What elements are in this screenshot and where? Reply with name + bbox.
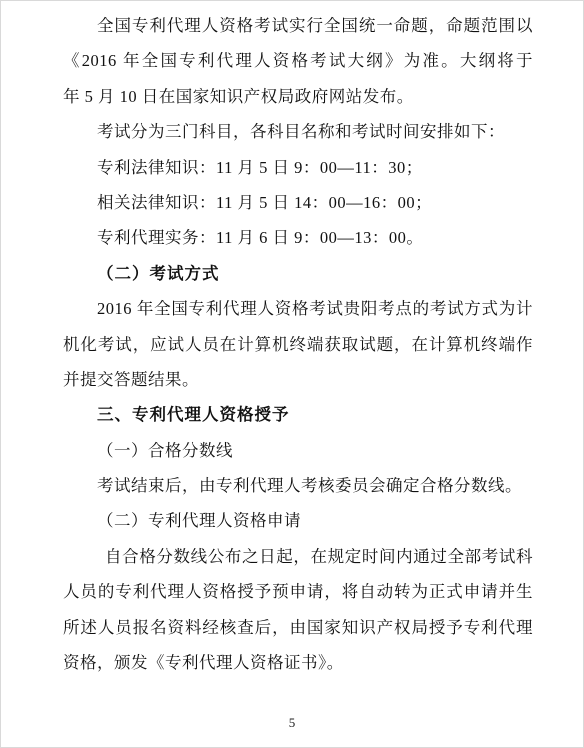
text-line: 相关法律知识：11 月 5 日 14：00—16：00；: [63, 185, 533, 220]
page-number: 5: [1, 715, 583, 731]
text-line: 机化考试，应试人员在计算机终端获取试题，在计算机终端作答: [63, 327, 533, 362]
text-line: （一）合格分数线: [63, 433, 533, 468]
paragraph-subject-related-law: 相关法律知识：11 月 5 日 14：00—16：00；: [63, 185, 533, 220]
text-line: 考试结束后，由专利代理人考核委员会确定合格分数线。: [63, 468, 533, 503]
heading-exam-method: （二）考试方式: [63, 256, 533, 291]
paragraph-application-process: 自合格分数线公布之日起，在规定时间内通过全部考试科目 人员的专利代理人资格授予预…: [63, 539, 533, 681]
document-body: 全国专利代理人资格考试实行全国统一命题，命题范围以 《2016 年全国专利代理人…: [63, 8, 533, 680]
document-page: 全国专利代理人资格考试实行全国统一命题，命题范围以 《2016 年全国专利代理人…: [0, 0, 584, 748]
paragraph-exam-scope: 全国专利代理人资格考试实行全国统一命题，命题范围以 《2016 年全国专利代理人…: [63, 8, 533, 114]
text-line: 人员的专利代理人资格授予预申请，将自动转为正式申请并生效。: [63, 574, 533, 609]
text-line: 2016 年全国专利代理人资格考试贵阳考点的考试方式为计算: [63, 291, 533, 326]
heading-line: （二）考试方式: [63, 256, 533, 291]
text-line: （二）专利代理人资格申请: [63, 503, 533, 538]
text-line: 自合格分数线公布之日起，在规定时间内通过全部考试科目: [63, 539, 533, 574]
heading-line: 三、专利代理人资格授予: [63, 397, 533, 432]
text-line: 并提交答题结果。: [63, 362, 533, 397]
text-line: 专利代理实务：11 月 6 日 9：00—13：00。: [63, 220, 533, 255]
text-line: 专利法律知识：11 月 5 日 9：00—11：30；: [63, 150, 533, 185]
paragraph-score-determination: 考试结束后，由专利代理人考核委员会确定合格分数线。: [63, 468, 533, 503]
text-line: 考试分为三门科目，各科目名称和考试时间安排如下：: [63, 114, 533, 149]
subheading-qualification-application: （二）专利代理人资格申请: [63, 503, 533, 538]
text-line: 《2016 年全国专利代理人资格考试大纲》为准。大纲将于 2016: [63, 43, 533, 78]
subheading-passing-score: （一）合格分数线: [63, 433, 533, 468]
paragraph-computerized-exam: 2016 年全国专利代理人资格考试贵阳考点的考试方式为计算 机化考试，应试人员在…: [63, 291, 533, 397]
paragraph-subject-patent-law: 专利法律知识：11 月 5 日 9：00—11：30；: [63, 150, 533, 185]
text-line: 资格，颁发《专利代理人资格证书》。: [63, 645, 533, 680]
paragraph-subject-practice: 专利代理实务：11 月 6 日 9：00—13：00。: [63, 220, 533, 255]
paragraph-subjects-intro: 考试分为三门科目，各科目名称和考试时间安排如下：: [63, 114, 533, 149]
text-line: 所述人员报名资料经核查后，由国家知识产权局授予专利代理人: [63, 610, 533, 645]
text-line: 全国专利代理人资格考试实行全国统一命题，命题范围以: [63, 8, 533, 43]
heading-qualification-grant: 三、专利代理人资格授予: [63, 397, 533, 432]
text-line: 年 5 月 10 日在国家知识产权局政府网站发布。: [63, 79, 533, 114]
